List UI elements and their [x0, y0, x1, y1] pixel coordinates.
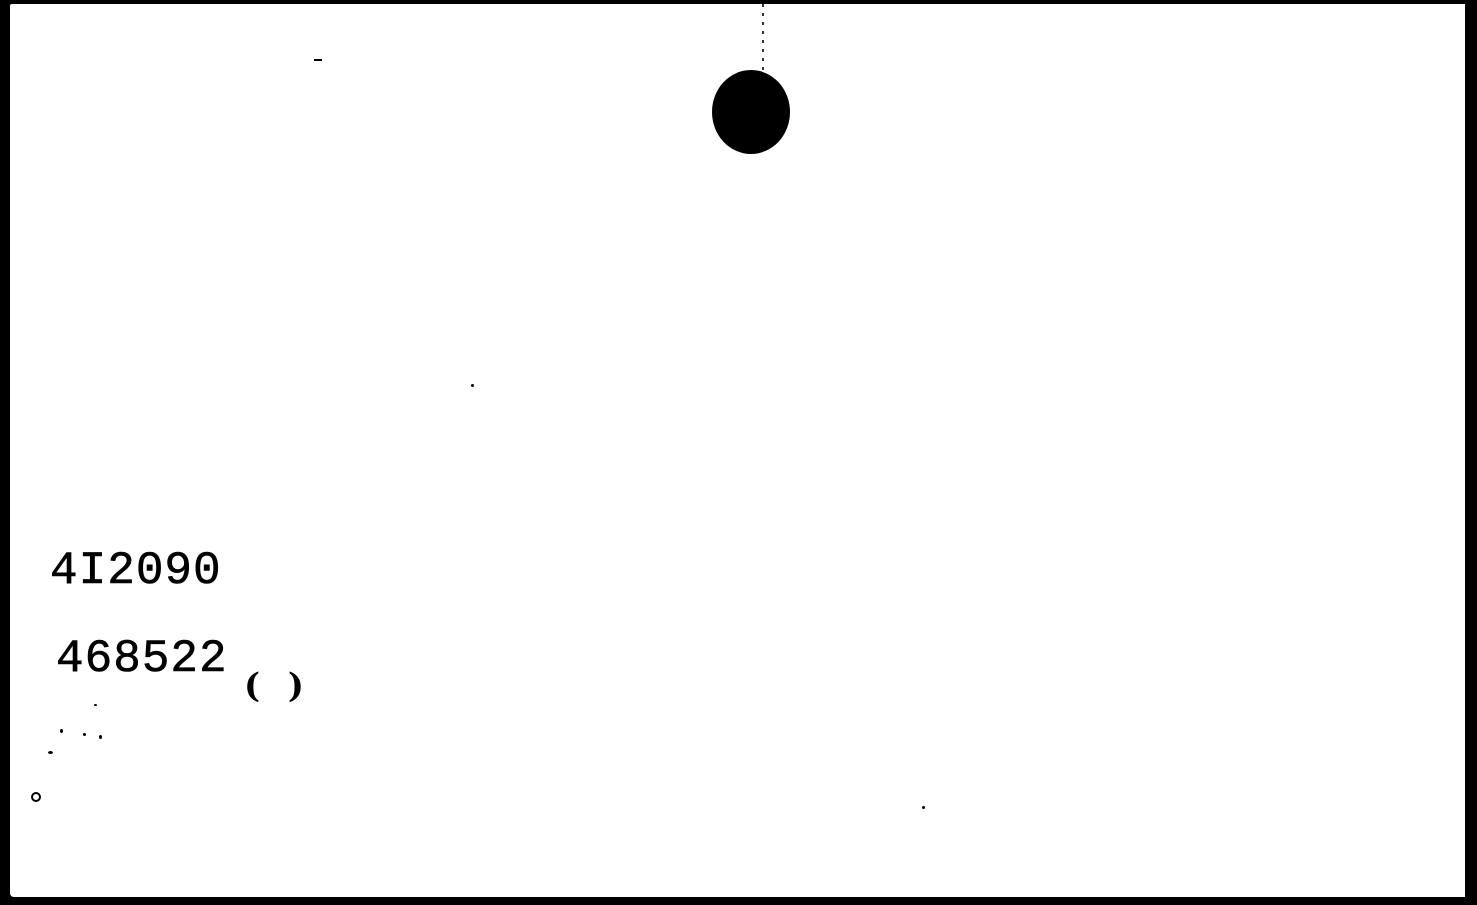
index-card: 4I2090 468522 ( ) [10, 4, 1465, 897]
card-number-line-1: 4I2090 [50, 548, 222, 594]
speck-mark [48, 751, 53, 754]
speck-mark [94, 704, 97, 706]
ring-mark-icon [31, 792, 41, 802]
handwritten-parentheses: ( ) [244, 666, 312, 706]
speck-mark [471, 384, 474, 387]
punch-hole-icon [712, 70, 790, 154]
string-fiber [762, 4, 764, 72]
speck-mark [60, 729, 63, 733]
speck-mark [99, 735, 102, 739]
speck-mark [922, 806, 925, 809]
card-number-line-2: 468522 [56, 636, 228, 682]
speck-mark [314, 59, 322, 61]
card-edge [1461, 4, 1465, 897]
speck-mark [83, 733, 86, 736]
